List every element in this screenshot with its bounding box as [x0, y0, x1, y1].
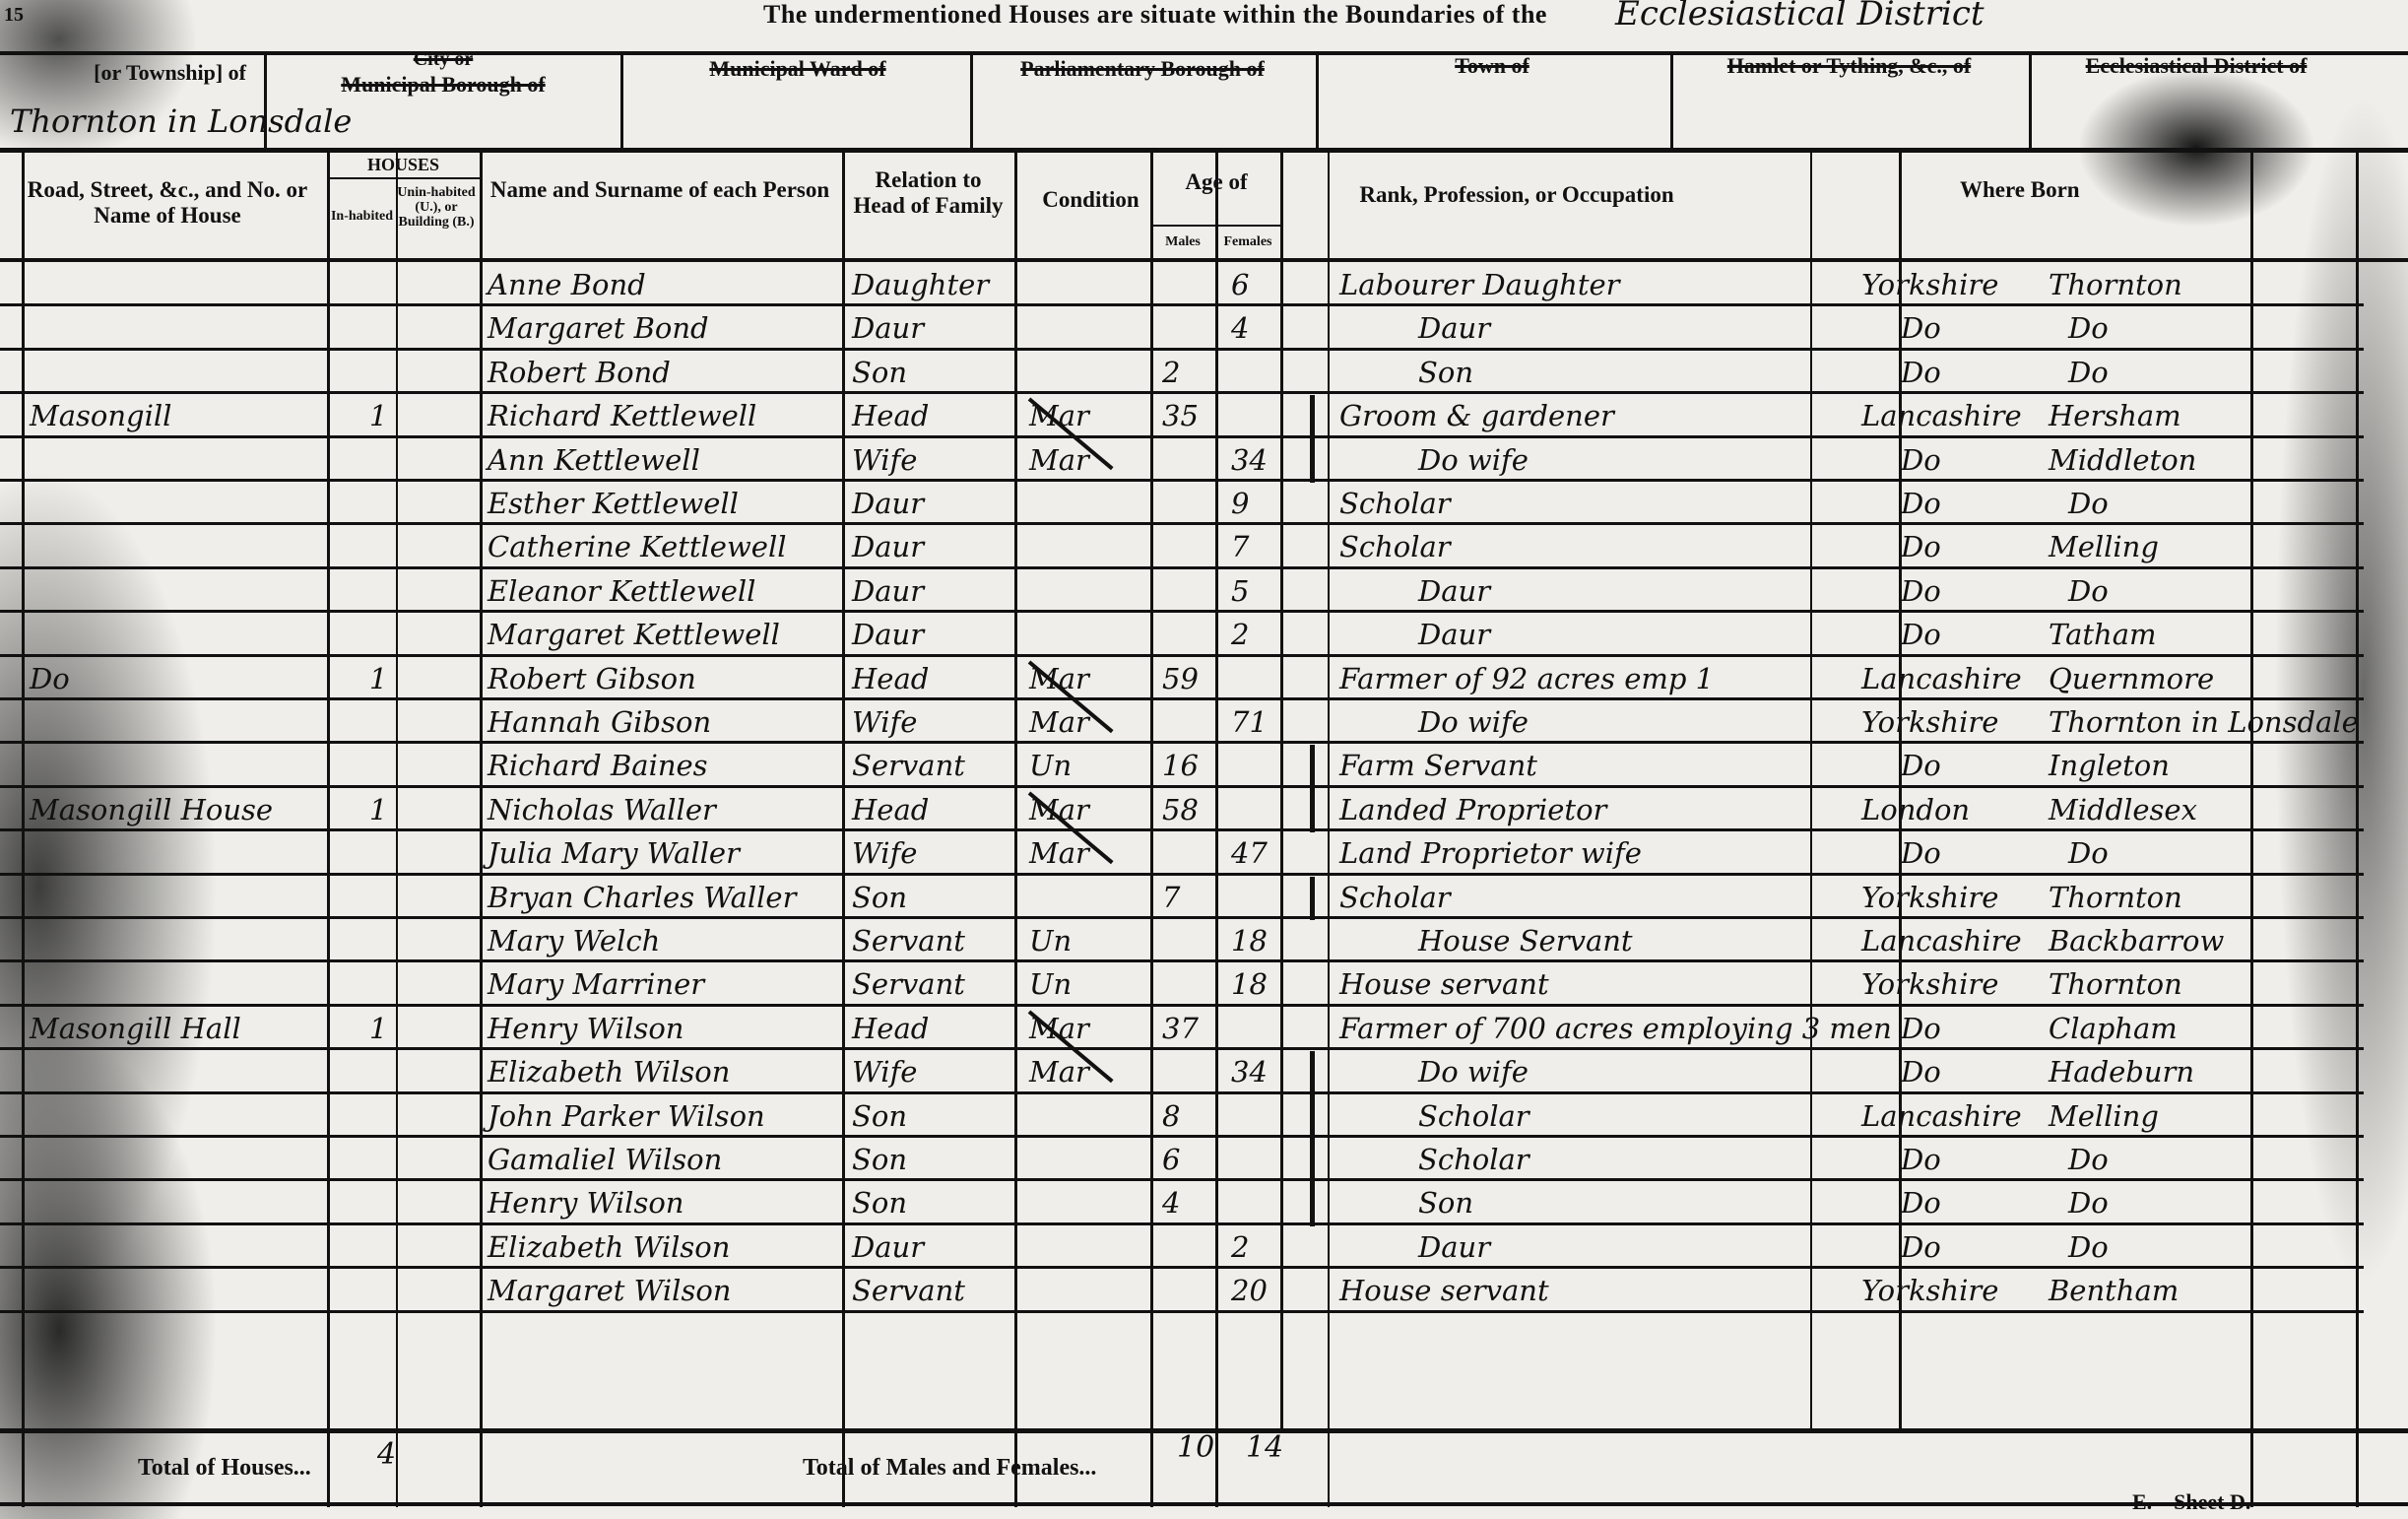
- column-rule: [1150, 153, 1153, 1507]
- column-rule: [1810, 153, 1812, 1428]
- cell-born-county: Do: [1901, 574, 1941, 608]
- parliamentary-borough-label: Parliamentary Borough of: [975, 57, 1310, 81]
- cell-born-county: Do: [1901, 749, 1941, 782]
- col-males: Males: [1150, 234, 1215, 249]
- cell-name: John Parker Wilson: [488, 1099, 765, 1133]
- census-row: Robert BondSon2SonDoDo: [0, 352, 2408, 393]
- cell-age-m: 16: [1162, 749, 1199, 782]
- cell-born-place: Do: [2068, 1186, 2109, 1220]
- cell-born-county: Yorkshire: [1861, 268, 1998, 301]
- cell-relation: Son: [852, 1099, 907, 1133]
- cell-house: Masongill House: [30, 793, 273, 826]
- cell-occupation: Landed Proprietor: [1339, 793, 1606, 826]
- city-label: City or: [271, 47, 616, 71]
- census-page: 15 The undermentioned Houses are situate…: [0, 0, 2408, 1519]
- row-rule: [0, 1178, 2364, 1181]
- row-rule: [0, 479, 2364, 482]
- cell-relation: Servant: [852, 924, 965, 958]
- cell-age-f: 71: [1231, 705, 1268, 739]
- census-row: Margaret BondDaur4DaurDoDo: [0, 307, 2408, 349]
- cell-name: Julia Mary Waller: [488, 836, 740, 870]
- census-row: Henry WilsonSon4SonDoDo: [0, 1182, 2408, 1223]
- cell-occupation: Scholar: [1418, 1143, 1529, 1176]
- cell-name: Anne Bond: [488, 268, 646, 301]
- cell-relation: Head: [852, 399, 929, 432]
- census-row: Masongill1Richard KettlewellHeadMar35Gro…: [0, 395, 2408, 436]
- cell-born-county: Do: [1901, 487, 1941, 520]
- row-rule: [0, 1135, 2364, 1138]
- cell-relation: Son: [852, 1186, 907, 1220]
- rule: [327, 177, 480, 179]
- row-rule: [0, 654, 2364, 657]
- row-rule: [0, 959, 2364, 962]
- divider: [1670, 51, 1673, 150]
- census-row: Bryan Charles WallerSon7ScholarYorkshire…: [0, 877, 2408, 918]
- cell-name: Richard Kettlewell: [488, 399, 756, 432]
- census-row: John Parker WilsonSon8ScholarLancashireM…: [0, 1095, 2408, 1137]
- cell-born-place: Do: [2068, 1143, 2109, 1176]
- cell-relation: Daur: [852, 1230, 924, 1264]
- cell-age-f: 18: [1231, 924, 1268, 958]
- cell-born-county: Do: [1901, 1012, 1941, 1045]
- cell-name: Robert Gibson: [488, 662, 696, 695]
- cell-occupation: Farmer of 700 acres employing 3 men: [1339, 1012, 1892, 1045]
- column-rule: [2356, 153, 2359, 1507]
- top-banner: 15 The undermentioned Houses are situate…: [0, 0, 2408, 54]
- cell-name: Henry Wilson: [488, 1012, 683, 1045]
- cell-age-f: 7: [1231, 530, 1249, 563]
- sheet-label: E.—Sheet D.: [2132, 1489, 2250, 1515]
- census-row: Ann KettlewellWifeMar34Do wifeDoMiddleto…: [0, 439, 2408, 481]
- cell-inhabited: 1: [369, 793, 387, 826]
- cell-born-place: Thornton: [2049, 881, 2182, 914]
- cell-age-f: 5: [1231, 574, 1249, 608]
- divider: [1316, 51, 1319, 150]
- row-rule: [0, 1310, 2364, 1313]
- census-row: Eleanor KettlewellDaur5DaurDoDo: [0, 570, 2408, 612]
- cell-occupation: Do wife: [1418, 443, 1529, 477]
- cell-relation: Servant: [852, 1274, 965, 1307]
- cell-born-place: Do: [2068, 574, 2109, 608]
- col-where-born: Where Born: [1852, 177, 2255, 203]
- cell-age-m: 2: [1162, 356, 1180, 389]
- cell-relation: Wife: [852, 836, 917, 870]
- cell-born-place: Ingleton: [2049, 749, 2170, 782]
- cell-name: Margaret Bond: [488, 311, 709, 345]
- col-name: Name and Surname of each Person: [483, 177, 837, 203]
- cell-house: Masongill: [30, 399, 171, 432]
- cell-born-county: Yorkshire: [1861, 881, 1998, 914]
- cell-born-county: Lancashire: [1861, 924, 2022, 958]
- cell-born-place: Melling: [2049, 1099, 2159, 1133]
- cell-name: Nicholas Waller: [488, 793, 716, 826]
- cell-relation: Head: [852, 793, 929, 826]
- census-row: Mary MarrinerServantUn18House servantYor…: [0, 963, 2408, 1005]
- rule: [0, 148, 2408, 153]
- col-inhabited: In-habited: [330, 209, 394, 224]
- cell-age-f: 4: [1231, 311, 1249, 345]
- cell-age-f: 34: [1231, 1055, 1268, 1089]
- cell-born-county: Do: [1901, 356, 1941, 389]
- cell-born-place: Bentham: [2049, 1274, 2179, 1307]
- cell-condition: Un: [1029, 967, 1072, 1001]
- cell-occupation: Daur: [1418, 1230, 1490, 1264]
- cell-occupation: Daur: [1418, 574, 1490, 608]
- cell-relation: Daur: [852, 618, 924, 651]
- cell-age-m: 8: [1162, 1099, 1180, 1133]
- census-row: Elizabeth WilsonDaur2DaurDoDo: [0, 1226, 2408, 1268]
- cell-age-f: 18: [1231, 967, 1268, 1001]
- cell-name: Bryan Charles Waller: [488, 881, 796, 914]
- cell-born-place: Middlesex: [2049, 793, 2197, 826]
- cell-born-place: Thornton in Lonsdale: [2049, 705, 2359, 739]
- total-houses-inhabited: 4: [377, 1440, 396, 1470]
- column-rule: [1215, 153, 1218, 1507]
- cell-born-place: Melling: [2049, 530, 2159, 563]
- census-row: Elizabeth WilsonWifeMar34Do wifeDoHadebu…: [0, 1051, 2408, 1092]
- cell-name: Esther Kettlewell: [488, 487, 739, 520]
- col-occupation: Rank, Profession, or Occupation: [1300, 182, 1733, 208]
- cell-born-county: London: [1861, 793, 1970, 826]
- row-rule: [0, 1266, 2364, 1269]
- parish-value: Thornton in Lonsdale: [10, 106, 352, 136]
- cell-born-county: Do: [1901, 443, 1941, 477]
- census-row: Esther KettlewellDaur9ScholarDoDo: [0, 483, 2408, 524]
- col-road-street: Road, Street, &c., and No. or Name of Ho…: [20, 177, 315, 229]
- hamlet-label: Hamlet or Tything, &c., of: [1674, 54, 2024, 78]
- cell-house: Do: [30, 662, 70, 695]
- cell-house: Masongill Hall: [30, 1012, 241, 1045]
- cell-occupation: Farm Servant: [1339, 749, 1537, 782]
- cell-born-place: Backbarrow: [2049, 924, 2224, 958]
- col-houses: HOUSES: [327, 158, 480, 172]
- cell-born-county: Lancashire: [1861, 1099, 2022, 1133]
- cell-born-county: Do: [1901, 530, 1941, 563]
- col-females: Females: [1215, 234, 1280, 249]
- cell-inhabited: 1: [369, 662, 387, 695]
- column-rule: [327, 153, 330, 1507]
- cell-inhabited: 1: [369, 399, 387, 432]
- cell-age-m: 6: [1162, 1143, 1180, 1176]
- cell-name: Elizabeth Wilson: [488, 1055, 730, 1089]
- town-label: Town of: [1320, 54, 1664, 78]
- bracket-mark: [1310, 395, 1315, 483]
- cell-born-place: Hersham: [2049, 399, 2181, 432]
- cell-relation: Servant: [852, 749, 965, 782]
- cell-born-place: Do: [2068, 487, 2109, 520]
- cell-age-m: 58: [1162, 793, 1199, 826]
- cell-occupation: House servant: [1339, 967, 1549, 1001]
- intro-place-handwritten: Ecclesiastical District: [1615, 0, 1985, 33]
- cell-born-place: Do: [2068, 356, 2109, 389]
- row-rule: [0, 1222, 2364, 1225]
- col-relation: Relation to Head of Family: [847, 167, 1009, 219]
- census-row: Margaret WilsonServant20House servantYor…: [0, 1270, 2408, 1311]
- cell-condition: Un: [1029, 924, 1072, 958]
- cell-born-county: Lancashire: [1861, 399, 2022, 432]
- cell-age-f: 6: [1231, 268, 1249, 301]
- census-row: Do1Robert GibsonHeadMar59Farmer of 92 ac…: [0, 658, 2408, 699]
- municipal-ward-label: Municipal Ward of: [630, 57, 965, 81]
- cell-age-f: 9: [1231, 487, 1249, 520]
- cell-born-county: Yorkshire: [1861, 705, 1998, 739]
- row-rule: [0, 1047, 2364, 1050]
- cell-age-m: 7: [1162, 881, 1180, 914]
- cell-born-place: Middleton: [2049, 443, 2196, 477]
- cell-occupation: Scholar: [1339, 530, 1451, 563]
- cell-condition: Mar: [1029, 836, 1089, 870]
- total-females: 14: [1246, 1433, 1283, 1463]
- cell-age-f: 2: [1231, 1230, 1249, 1264]
- cell-occupation: Labourer Daughter: [1339, 268, 1620, 301]
- row-rule: [0, 741, 2364, 744]
- divider: [620, 51, 623, 150]
- column-rule: [1899, 153, 1902, 1428]
- cell-born-county: Do: [1901, 836, 1941, 870]
- cell-relation: Daur: [852, 574, 924, 608]
- cell-relation: Head: [852, 662, 929, 695]
- cell-relation: Wife: [852, 443, 917, 477]
- cell-name: Mary Welch: [488, 924, 660, 958]
- census-row: Masongill Hall1Henry WilsonHeadMar37Farm…: [0, 1008, 2408, 1049]
- cell-condition: Un: [1029, 749, 1072, 782]
- sheet-number: 15: [4, 4, 24, 27]
- cell-condition: Mar: [1029, 705, 1089, 739]
- cell-born-county: Do: [1901, 1055, 1941, 1089]
- cell-age-m: 35: [1162, 399, 1199, 432]
- cell-born-place: Clapham: [2049, 1012, 2178, 1045]
- row-rule: [0, 303, 2364, 306]
- cell-born-county: Do: [1901, 1186, 1941, 1220]
- cell-occupation: Groom & gardener: [1339, 399, 1614, 432]
- census-row: Anne BondDaughter6Labourer DaughterYorks…: [0, 264, 2408, 305]
- cell-condition: Mar: [1029, 1055, 1089, 1089]
- row-rule: [0, 697, 2364, 700]
- column-rule: [842, 153, 845, 1507]
- cell-relation: Head: [852, 1012, 929, 1045]
- rule: [0, 1502, 2408, 1506]
- census-row: Richard BainesServantUn16Farm ServantDoI…: [0, 745, 2408, 786]
- cell-occupation: Do wife: [1418, 1055, 1529, 1089]
- row-rule: [0, 1091, 2364, 1094]
- cell-born-county: Lancashire: [1861, 662, 2022, 695]
- census-row: Masongill House1Nicholas WallerHeadMar58…: [0, 789, 2408, 830]
- cell-age-m: 37: [1162, 1012, 1199, 1045]
- cell-occupation: Son: [1418, 1186, 1473, 1220]
- column-rule: [22, 153, 25, 1507]
- column-rule: [1328, 153, 1330, 1507]
- cell-name: Ann Kettlewell: [488, 443, 700, 477]
- cell-name: Robert Bond: [488, 356, 671, 389]
- cell-relation: Daur: [852, 530, 924, 563]
- parish-label: [or Township] of: [0, 61, 246, 85]
- bracket-mark: [1310, 877, 1315, 920]
- cell-born-county: Yorkshire: [1861, 1274, 1998, 1307]
- cell-age-m: 4: [1162, 1186, 1180, 1220]
- cell-name: Eleanor Kettlewell: [488, 574, 755, 608]
- cell-name: Henry Wilson: [488, 1186, 683, 1220]
- census-row: Catherine KettlewellDaur7ScholarDoMellin…: [0, 526, 2408, 567]
- cell-born-place: Do: [2068, 1230, 2109, 1264]
- cell-born-place: Do: [2068, 311, 2109, 345]
- cell-name: Mary Marriner: [488, 967, 704, 1001]
- column-rule: [1014, 153, 1017, 1507]
- total-persons-label: Total of Males and Females...: [803, 1455, 1096, 1482]
- row-rule: [0, 610, 2364, 613]
- cell-born-county: Do: [1901, 1143, 1941, 1176]
- bracket-mark: [1310, 745, 1315, 832]
- cell-relation: Son: [852, 881, 907, 914]
- municipal-borough-label: Municipal Borough of: [271, 73, 616, 97]
- divider: [970, 51, 973, 150]
- total-houses-label: Total of Houses...: [138, 1455, 311, 1482]
- cell-inhabited: 1: [369, 1012, 387, 1045]
- cell-relation: Daur: [852, 311, 924, 345]
- cell-occupation: Land Proprietor wife: [1339, 836, 1642, 870]
- cell-relation: Wife: [852, 1055, 917, 1089]
- census-row: Julia Mary WallerWifeMar47Land Proprieto…: [0, 832, 2408, 874]
- col-condition: Condition: [1014, 187, 1167, 213]
- cell-relation: Daur: [852, 487, 924, 520]
- cell-condition: Mar: [1029, 443, 1089, 477]
- cell-name: Margaret Kettlewell: [488, 618, 780, 651]
- row-rule: [0, 785, 2364, 788]
- cell-occupation: Son: [1418, 356, 1473, 389]
- cell-relation: Son: [852, 1143, 907, 1176]
- cell-age-f: 47: [1231, 836, 1268, 870]
- cell-occupation: House servant: [1339, 1274, 1549, 1307]
- cell-occupation: Daur: [1418, 311, 1490, 345]
- cell-name: Catherine Kettlewell: [488, 530, 787, 563]
- cell-born-place: Quernmore: [2049, 662, 2214, 695]
- cell-relation: Daughter: [852, 268, 989, 301]
- row-rule: [0, 1004, 2364, 1007]
- row-rule: [0, 391, 2364, 394]
- row-rule: [0, 522, 2364, 525]
- cell-relation: Son: [852, 356, 907, 389]
- census-row: Gamaliel WilsonSon6ScholarDoDo: [0, 1139, 2408, 1180]
- column-rule: [396, 153, 398, 1507]
- column-rule: [480, 153, 483, 1507]
- column-rule: [1280, 153, 1283, 1428]
- cell-name: Elizabeth Wilson: [488, 1230, 730, 1264]
- cell-born-county: Do: [1901, 618, 1941, 651]
- cell-name: Gamaliel Wilson: [488, 1143, 722, 1176]
- cell-occupation: Scholar: [1339, 881, 1451, 914]
- cell-age-m: 59: [1162, 662, 1199, 695]
- intro-text: The undermentioned Houses are situate wi…: [763, 0, 1547, 30]
- divider: [2029, 51, 2032, 150]
- cell-born-county: Do: [1901, 311, 1941, 345]
- ecclesiastical-label: Ecclesiastical District of: [2034, 54, 2359, 78]
- rule: [0, 258, 2408, 262]
- census-row: Margaret KettlewellDaur2DaurDoTatham: [0, 614, 2408, 655]
- cell-occupation: Scholar: [1339, 487, 1451, 520]
- cell-born-place: Do: [2068, 836, 2109, 870]
- cell-age-f: 2: [1231, 618, 1249, 651]
- cell-name: Hannah Gibson: [488, 705, 711, 739]
- cell-born-place: Hadeburn: [2049, 1055, 2194, 1089]
- cell-born-place: Thornton: [2049, 268, 2182, 301]
- row-rule: [0, 435, 2364, 438]
- cell-relation: Wife: [852, 705, 917, 739]
- bracket-mark: [1310, 1051, 1315, 1226]
- cell-occupation: Scholar: [1418, 1099, 1529, 1133]
- cell-age-f: 20: [1231, 1274, 1268, 1307]
- cell-occupation: Farmer of 92 acres emp 1: [1339, 662, 1714, 695]
- cell-name: Margaret Wilson: [488, 1274, 731, 1307]
- census-row: Mary WelchServantUn18House ServantLancas…: [0, 920, 2408, 961]
- row-rule: [0, 348, 2364, 351]
- row-rule: [0, 828, 2364, 831]
- cell-relation: Servant: [852, 967, 965, 1001]
- total-males: 10: [1177, 1433, 1214, 1463]
- row-rule: [0, 873, 2364, 876]
- cell-occupation: House Servant: [1418, 924, 1633, 958]
- col-uninhabited: Unin-habited (U.), or Building (B.): [397, 185, 476, 230]
- cell-occupation: Daur: [1418, 618, 1490, 651]
- column-rule: [2250, 153, 2253, 1507]
- row-rule: [0, 566, 2364, 569]
- cell-occupation: Do wife: [1418, 705, 1529, 739]
- cell-born-county: Yorkshire: [1861, 967, 1998, 1001]
- cell-born-place: Thornton: [2049, 967, 2182, 1001]
- cell-name: Richard Baines: [488, 749, 708, 782]
- cell-age-f: 34: [1231, 443, 1268, 477]
- census-row: Hannah GibsonWifeMar71Do wifeYorkshireTh…: [0, 701, 2408, 743]
- cell-born-county: Do: [1901, 1230, 1941, 1264]
- cell-born-place: Tatham: [2049, 618, 2157, 651]
- row-rule: [0, 916, 2364, 919]
